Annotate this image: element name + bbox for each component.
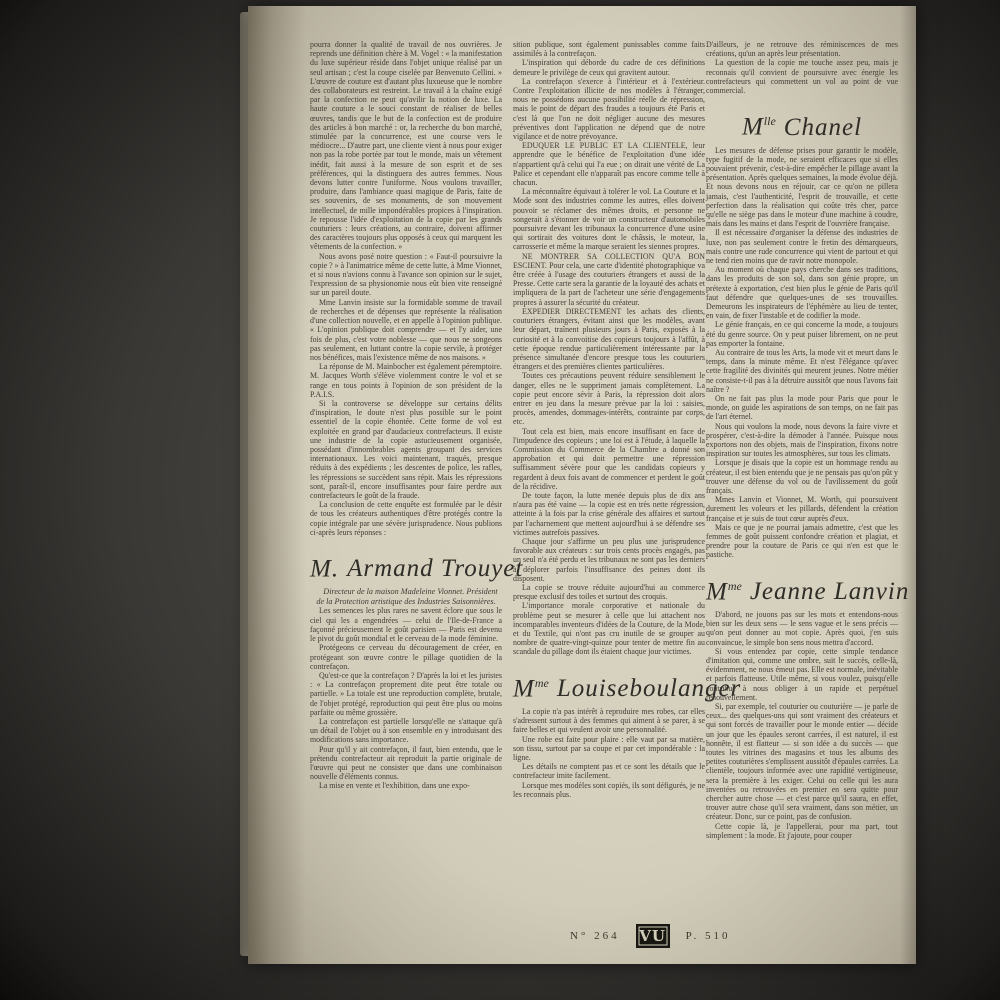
paragraph: Les mesures de défense prises pour garan… bbox=[706, 146, 898, 229]
heading-chanel: MlleChanel bbox=[706, 108, 898, 140]
heading-prefix-sup: lle bbox=[764, 114, 776, 128]
page-footer: N° 264 VU P. 510 bbox=[570, 924, 731, 948]
heading-name: Chanel bbox=[784, 114, 862, 141]
paragraph: Mais ce que je ne pourrai jamais admettr… bbox=[706, 523, 898, 560]
paragraph: Cette copie là, je l'appellerai, pour ma… bbox=[706, 822, 898, 840]
paragraph: Si, par exemple, tel couturier ou coutur… bbox=[706, 702, 898, 822]
paragraph: La copie se trouve réduite aujourd'hui a… bbox=[513, 583, 705, 601]
heading-prefix: M bbox=[513, 675, 535, 702]
heading-prefix: M. bbox=[310, 555, 339, 582]
paragraph: EXPEDIER DIRECTEMENT les achats des clie… bbox=[513, 307, 705, 371]
paragraph: Si la controverse se développe sur certa… bbox=[310, 399, 502, 500]
column-left: pourra donner la qualité de travail de n… bbox=[310, 40, 502, 791]
paragraph: pourra donner la qualité de travail de n… bbox=[310, 40, 502, 252]
heading-prefix: M bbox=[706, 578, 728, 605]
paragraph: sition publique, sont également punissab… bbox=[513, 40, 705, 58]
paragraph: Lorsque je disais que la copie est un ho… bbox=[706, 458, 898, 495]
paragraph: Chaque jour s'affirme un peu plus une ju… bbox=[513, 537, 705, 583]
paragraph: Qu'est-ce que la contrefaçon ? D'après l… bbox=[310, 671, 502, 717]
paragraph: Le génie français, en ce qui concerne la… bbox=[706, 320, 898, 348]
heading-prefix: M bbox=[742, 114, 764, 141]
issue-number: N° 264 bbox=[570, 930, 620, 942]
heading-prefix-sup: me bbox=[728, 579, 742, 593]
paragraph: Les semences les plus rares ne savent éc… bbox=[310, 606, 502, 643]
heading-jeanne-lanvin: MmeJeanne Lanvin bbox=[706, 573, 898, 605]
page-number: P. 510 bbox=[686, 930, 731, 942]
paragraph: Protégeons ce cerveau du découragement d… bbox=[310, 643, 502, 671]
paragraph: La copie n'a pas intérêt à reproduire me… bbox=[513, 707, 705, 735]
paragraph: Tout cela est bien, mais encore insuffis… bbox=[513, 427, 705, 491]
magazine-page: pourra donner la qualité de travail de n… bbox=[248, 6, 916, 964]
paragraph: Au moment où chaque pays cherche dans se… bbox=[706, 265, 898, 320]
paragraph: Lorsque mes modèles sont copiés, ils son… bbox=[513, 781, 705, 799]
paragraph: Si vous entendez par copie, cette simple… bbox=[706, 647, 898, 702]
column-right: D'ailleurs, je ne retrouve des réminisce… bbox=[706, 40, 898, 840]
paragraph: On ne fait pas plus la mode pour Paris q… bbox=[706, 394, 898, 422]
heading-prefix-sup: me bbox=[535, 676, 549, 690]
heading-name: Armand Trouyet bbox=[347, 555, 523, 582]
paragraph: D'ailleurs, je ne retrouve des réminisce… bbox=[706, 40, 898, 58]
paragraph: EDUQUER LE PUBLIC ET LA CLIENTELE, leur … bbox=[513, 141, 705, 187]
heading-armand-trouyet: M.Armand Trouyet bbox=[310, 550, 502, 582]
paragraph: NE MONTRER SA COLLECTION QU'A BON ESCIEN… bbox=[513, 252, 705, 307]
paragraph: Les détails ne comptent pas et ce sont l… bbox=[513, 762, 705, 780]
paragraph: La conclusion de cette enquête est formu… bbox=[310, 500, 502, 537]
photo-background: pourra donner la qualité de travail de n… bbox=[0, 0, 1000, 1000]
heading-name: Jeanne Lanvin bbox=[750, 578, 909, 605]
paragraph: La contrefaçon s'exerce à l'intérieur et… bbox=[513, 77, 705, 141]
paragraph: Toutes ces précautions peuvent réduire s… bbox=[513, 371, 705, 426]
paragraph: Il est nécessaire d'organiser la défense… bbox=[706, 228, 898, 265]
paragraph: Une robe est faite pour plaire : elle va… bbox=[513, 735, 705, 763]
paragraph: D'abord, ne jouons pas sur les mots et e… bbox=[706, 610, 898, 647]
paragraph: Pour qu'il y ait contrefaçon, il faut, b… bbox=[310, 745, 502, 782]
paragraph: La question de la copie me touche assez … bbox=[706, 58, 898, 95]
paragraph: Nous avons posé notre question : « Faut-… bbox=[310, 252, 502, 298]
column-middle: sition publique, sont également punissab… bbox=[513, 40, 705, 799]
paragraph: L'inspiration qui déborde du cadre de ce… bbox=[513, 58, 705, 76]
paragraph: Mmes Lanvin et Vionnet, M. Worth, qui po… bbox=[706, 495, 898, 523]
paragraph: Nous qui voulons la mode, nous devons la… bbox=[706, 422, 898, 459]
paragraph: La réponse de M. Mainbocher est égalemen… bbox=[310, 362, 502, 399]
paragraph: L'importance morale corporative et natio… bbox=[513, 601, 705, 656]
heading-louiseboulanger: MmeLouiseboulanger bbox=[513, 670, 705, 702]
page-spine-shadow bbox=[248, 6, 306, 964]
paragraph: Au contraire de tous les Arts, la mode v… bbox=[706, 348, 898, 394]
page-right-edge-shadow bbox=[900, 6, 916, 964]
paragraph: De toute façon, la lutte menée depuis pl… bbox=[513, 491, 705, 537]
paragraph: La contrefaçon est partielle lorsqu'elle… bbox=[310, 717, 502, 745]
paragraph: La mise en vente et l'exhibition, dans u… bbox=[310, 781, 502, 790]
paragraph: Mme Lanvin insiste sur la formidable som… bbox=[310, 298, 502, 362]
heading-subtitle: Directeur de la maison Madeleine Vionnet… bbox=[310, 587, 502, 606]
vu-magazine-logo: VU bbox=[636, 924, 670, 948]
paragraph: La méconnaître équivaut à tolérer le vol… bbox=[513, 187, 705, 251]
